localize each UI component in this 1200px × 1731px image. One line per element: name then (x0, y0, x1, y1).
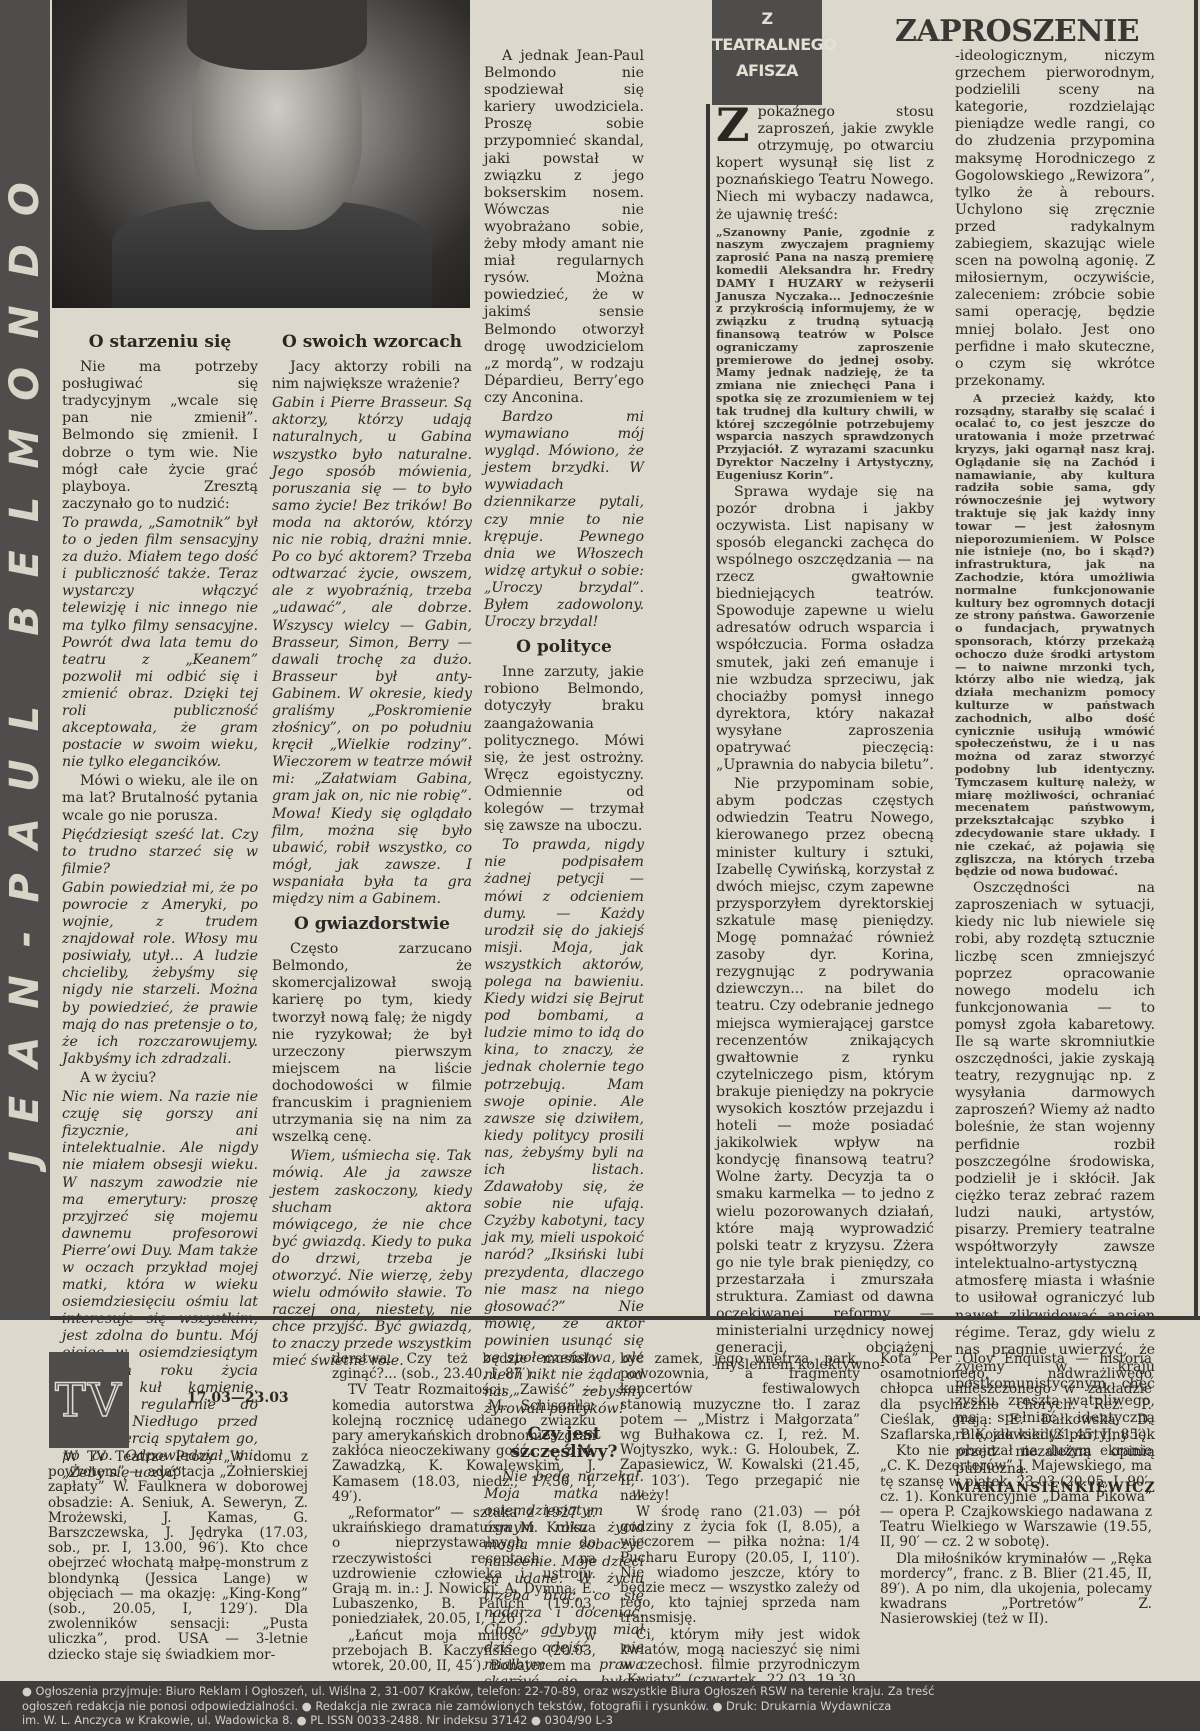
section-divider (50, 1316, 1200, 1320)
tv-paragraph: derstwa. Czy też będzie musiało zginąć?.… (332, 1352, 596, 1382)
paragraph: Inne zarzuty, jakie robiono Belmondo, do… (484, 664, 644, 835)
article2-column-2: -ideologicznym, niczym grzechem pierworo… (955, 48, 1155, 1498)
tv-column-1: W TV Teatrze Prozy „W domu z powrotem” —… (48, 1450, 308, 1664)
tv-paragraph: Kto nie obejrzał na dużym ekranie „C. K.… (880, 1444, 1152, 1550)
tv-paragraph: „Łańcut moja miłość” — w przebojach B. K… (332, 1629, 596, 1675)
portrait-photo (52, 0, 470, 308)
article1-column-1: O starzeniu się Nie ma potrzeby posługiw… (62, 326, 258, 1484)
tv-column-3: być zamek, jego wnętrza, park, powozowni… (620, 1352, 860, 1720)
tv-paragraph: W środę rano (21.03) — pół godziny z życ… (620, 1505, 860, 1627)
quote-paragraph: To prawda, „Samotnik” był to o jeden fil… (62, 515, 258, 771)
tv-paragraph: W TV Teatrze Prozy „W domu z powrotem” —… (48, 1450, 308, 1663)
letter-quote: „Szanowny Panie, zgodnie z naszym zwycza… (716, 226, 934, 482)
section-heading: O gwiazdorstwie (272, 916, 472, 933)
paragraph: Jacy aktorzy robili na nim największe wr… (272, 359, 472, 393)
imprint-footer: ● Ogłoszenia przyjmuje: Biuro Reklam i O… (0, 1681, 1200, 1731)
rubric-box: Z TEATRALNEGO AFISZA (712, 0, 822, 105)
photo-hair (187, 0, 367, 70)
tv-paragraph: TV Teatr Rozmaitości: „Zawiść” — komedia… (332, 1383, 596, 1505)
tv-column-2: derstwa. Czy też będzie musiało zginąć?.… (332, 1352, 596, 1675)
tv-paragraph: Kota” Per Olov Enquista — historia osamo… (880, 1352, 1152, 1443)
footer-line: ogłoszeń redakcja nie ponosi odpowiedzia… (22, 1699, 1160, 1714)
paragraph: Często zarzucano Belmondo, że skomercjal… (272, 941, 472, 1146)
magazine-page: JEAN-PAUL BELMONDO O starzeniu się Nie m… (0, 0, 1200, 1731)
side-banner-title: JEAN-PAUL BELMONDO (2, 154, 48, 1166)
article2-headline: ZAPROSZENIE (895, 14, 1139, 49)
section-heading: O polityce (484, 639, 644, 656)
insert-paragraph: A przecież każdy, kto rozsądny, starałby… (955, 392, 1155, 878)
rubric-line: AFISZA (712, 58, 822, 84)
quote-paragraph: Gabin powiedział mi, że po powrocie z Am… (62, 880, 258, 1068)
tv-paragraph: „Reformator” — sztuka z 1927 r. ukraińsk… (332, 1506, 596, 1628)
tv-logo-text: TV (55, 1373, 123, 1427)
footer-line: ● Ogłoszenia przyjmuje: Biuro Reklam i O… (22, 1684, 1160, 1699)
tv-date-range: 17.03—23.03 (187, 1390, 289, 1406)
quote-paragraph: Pięćdziesiąt sześć lat. Czy to trudno st… (62, 827, 258, 878)
article1-column-2: O swoich wzorcach Jacy aktorzy robili na… (272, 326, 472, 1373)
paragraph: Nie przypominam sobie, abym podczas częs… (716, 776, 934, 1374)
section-heading: O swoich wzorcach (272, 334, 472, 351)
quote-paragraph: Gabin i Pierre Brasseur. Są aktorzy, któ… (272, 395, 472, 908)
quote-paragraph: Wiem, uśmiecha się. Tak mówią. Ale ja za… (272, 1148, 472, 1370)
article2-column-1: Zpokaźnego stosu zaproszeń, jakie zwykle… (716, 104, 934, 1376)
right-rule (1194, 0, 1198, 1320)
lead-paragraph: Zpokaźnego stosu zaproszeń, jakie zwykle… (716, 104, 934, 224)
paragraph: Nie ma potrzeby posługiwać się tradycyjn… (62, 359, 258, 513)
paragraph: A w życiu? (62, 1070, 258, 1087)
tv-logo: TV (49, 1352, 129, 1448)
tv-column-4: Kota” Per Olov Enquista — historia osamo… (880, 1352, 1152, 1629)
article2-left-rule (706, 104, 710, 1316)
quote-paragraph: To prawda, nigdy nie podpisałem żadnej p… (484, 837, 644, 1418)
rubric-line: Z (712, 6, 822, 32)
tv-paragraph: Dla miłośników kryminałów — „Ręka morder… (880, 1552, 1152, 1628)
section-heading: O starzeniu się (62, 334, 258, 351)
paragraph: Mówi o wieku, ale ile on ma lat? Brutaln… (62, 773, 258, 824)
tv-paragraph: być zamek, jego wnętrza, park, powozowni… (620, 1352, 860, 1504)
paragraph: Sprawa wydaje się na pozór drobna i jakb… (716, 484, 934, 775)
side-banner: JEAN-PAUL BELMONDO (0, 0, 50, 1320)
paragraph: A jednak Jean-Paul Belmondo nie spodziew… (484, 48, 644, 407)
footer-line: im. W. L. Anczyca w Krakowie, ul. Wadowi… (22, 1713, 1160, 1728)
paragraph: -ideologicznym, niczym grzechem pierworo… (955, 48, 1155, 390)
drop-cap: Z (716, 106, 750, 144)
quote-paragraph: Bardzo mi wymawiano mój wygląd. Mówiono,… (484, 409, 644, 631)
rubric-line: TEATRALNEGO (712, 32, 822, 58)
